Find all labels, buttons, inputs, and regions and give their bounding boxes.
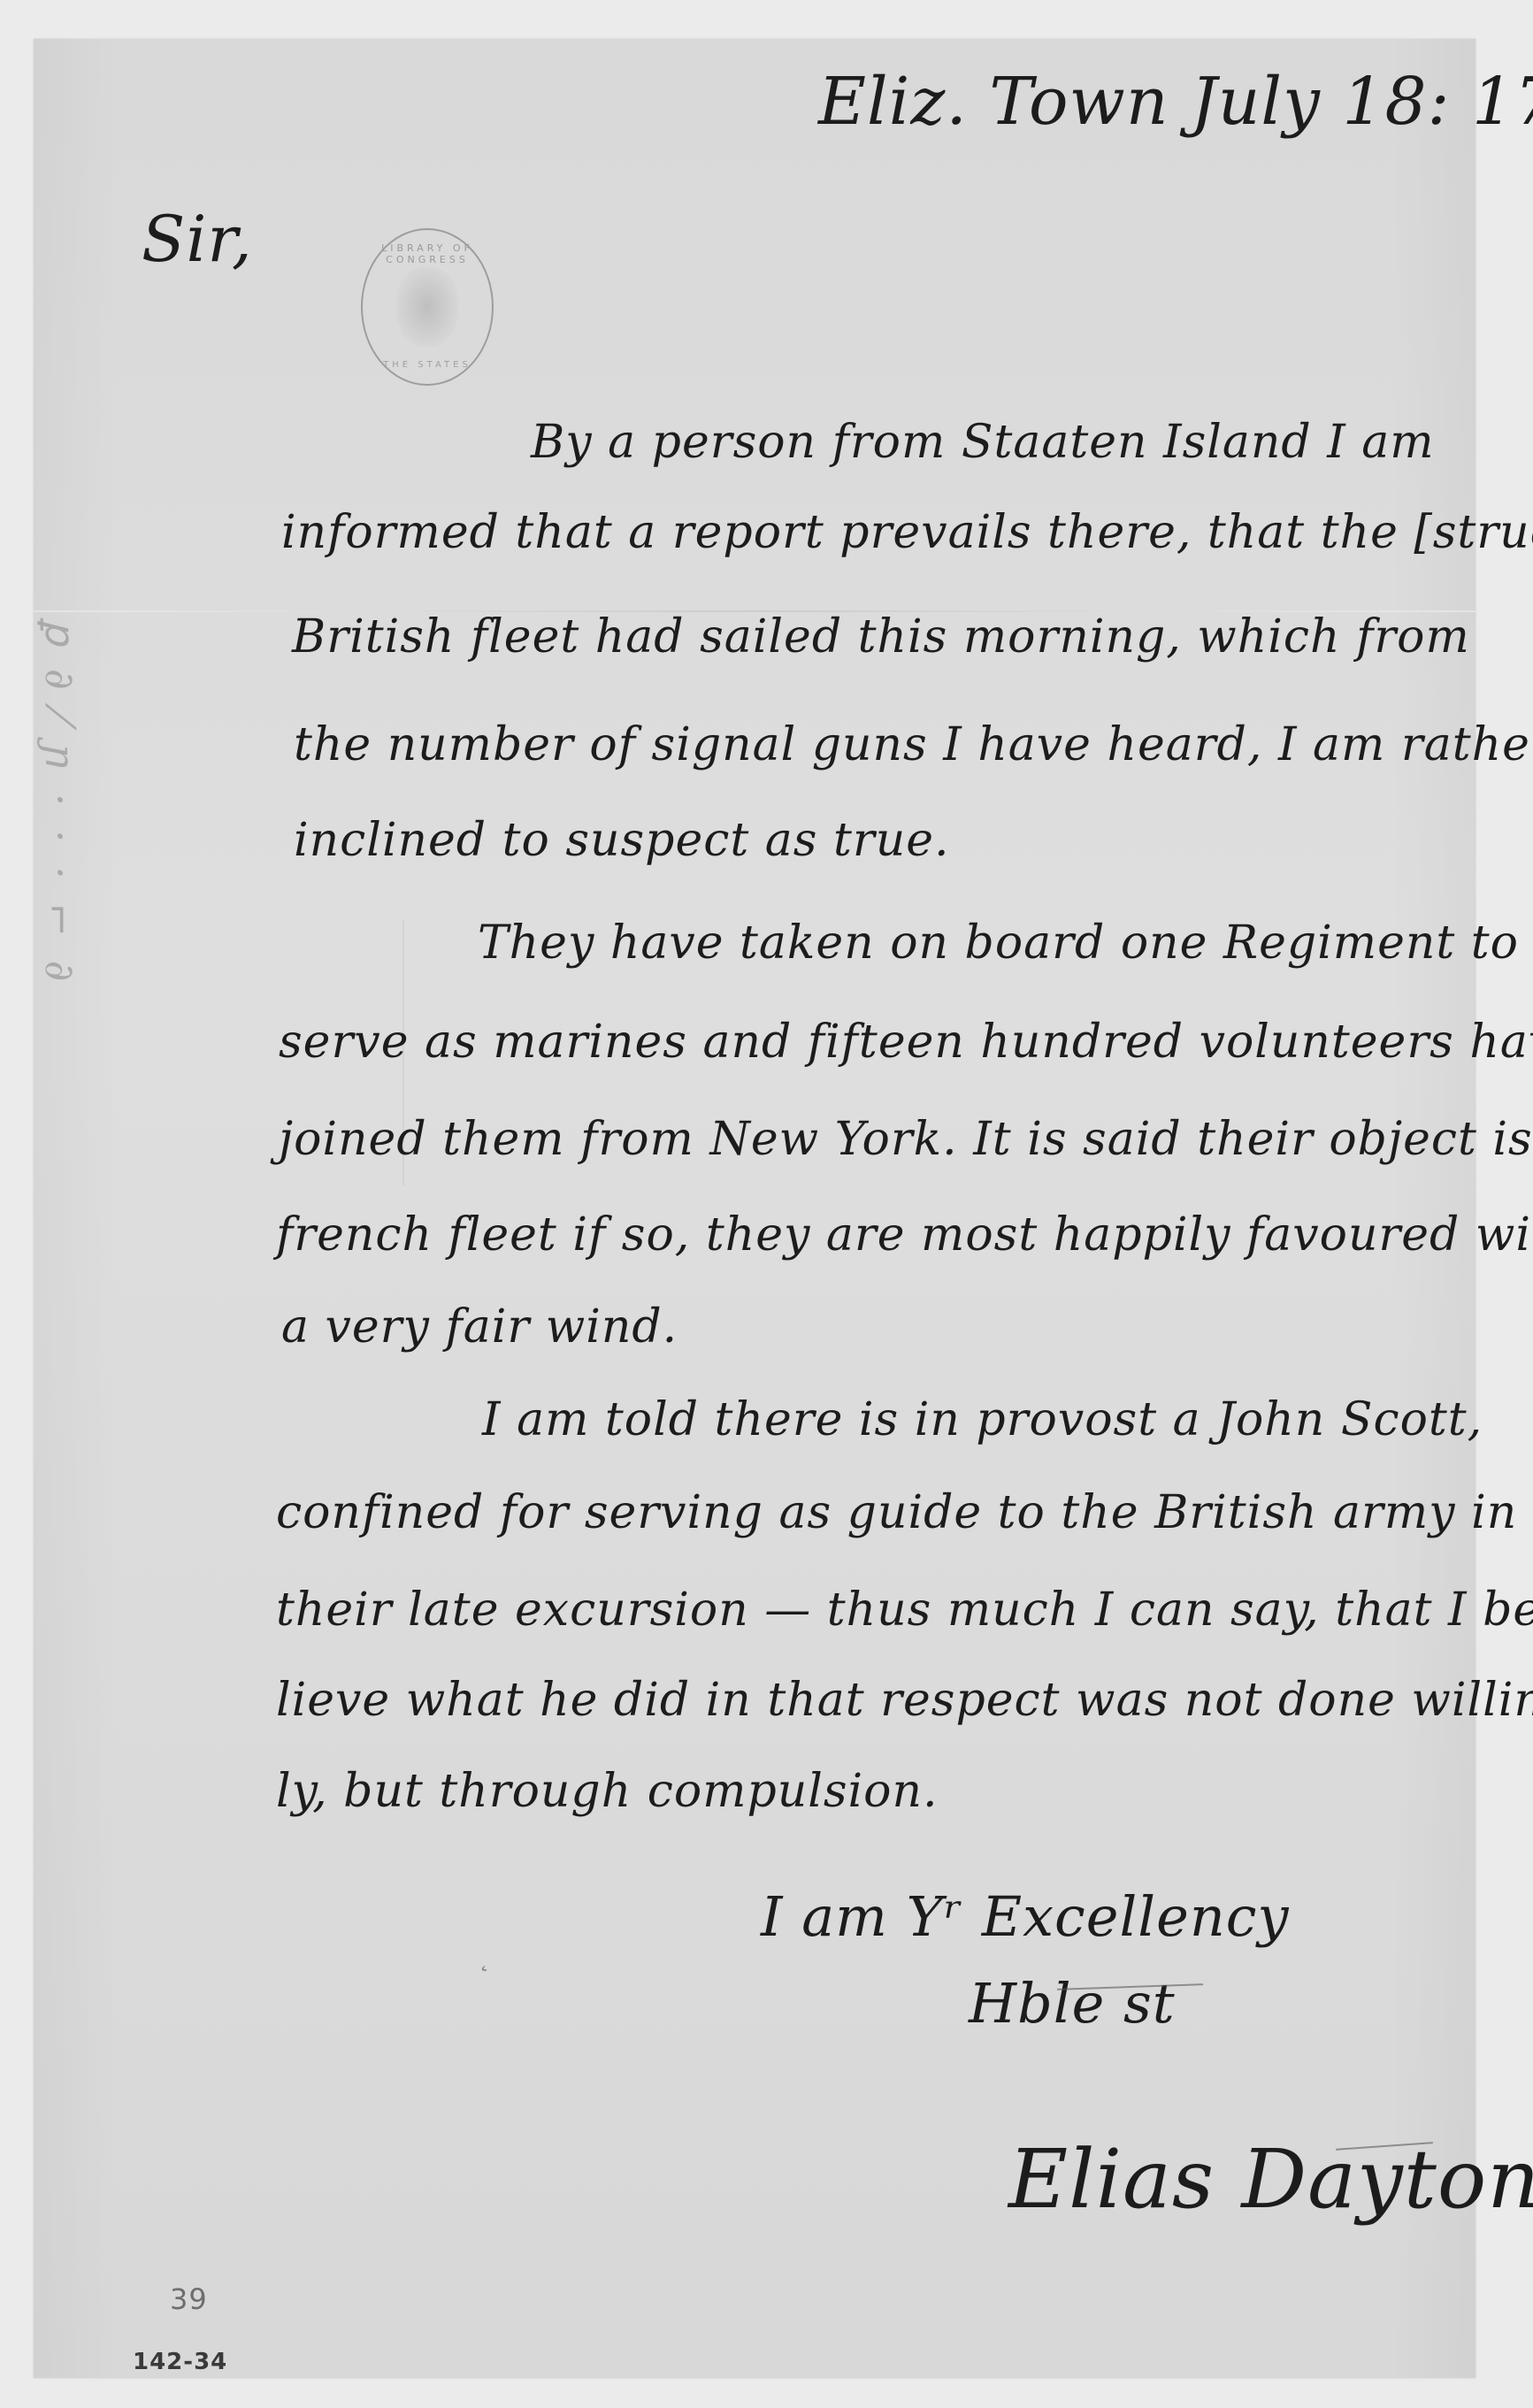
paragraph-1-line-1: By a person from Staaten Island I am bbox=[531, 416, 1435, 469]
paragraph-1-line-4: the number of signal guns I have heard, … bbox=[294, 718, 1533, 771]
paragraph-1-line-2: informed that a report prevails there, t… bbox=[281, 506, 1533, 559]
stamp-top-text: LIBRARY OF CONGRESS bbox=[363, 242, 492, 265]
stray-ink-mark: ˛ bbox=[478, 1942, 492, 1973]
archive-number: 142-34 bbox=[133, 2349, 227, 2375]
paragraph-3-line-3: their late excursion — thus much I can s… bbox=[276, 1584, 1533, 1637]
stamp-bottom-text: THE STATES bbox=[363, 360, 492, 370]
paragraph-3-line-5: ly, but through compulsion. bbox=[276, 1765, 939, 1818]
paragraph-3-line-1: I am told there is in provost a John Sco… bbox=[482, 1393, 1483, 1446]
paragraph-2-line-4: french fleet if so, they are most happil… bbox=[276, 1208, 1533, 1262]
paragraph-2-line-2: serve as marines and fifteen hundred vol… bbox=[279, 1016, 1533, 1069]
paragraph-1-line-5: inclined to suspect as true. bbox=[294, 814, 950, 867]
closing-line-1: I am Yʳ Excellency bbox=[761, 1884, 1290, 1949]
paragraph-2-line-3: joined them from New York. It is said th… bbox=[279, 1113, 1533, 1166]
paragraph-3-line-2: confined for serving as guide to the Bri… bbox=[276, 1486, 1517, 1539]
salutation: Sir, bbox=[142, 202, 253, 276]
library-stamp: LIBRARY OF CONGRESS THE STATES bbox=[361, 228, 494, 386]
signature: Elias Dayton bbox=[1008, 2132, 1533, 2227]
margin-docket: ꝑ ∂ ⁄ ɲ · · · ⌐ ∂ bbox=[36, 619, 84, 986]
closing-line-2: Hble st bbox=[969, 1971, 1176, 2036]
paragraph-2-line-1: They have taken on board one Regiment to bbox=[478, 916, 1519, 970]
eagle-emblem-icon bbox=[396, 267, 458, 347]
dateline: Eliz. Town July 18: 1780 bbox=[818, 64, 1533, 140]
paragraph-2-line-5: a very fair wind. bbox=[281, 1300, 678, 1354]
paragraph-1-line-3: British fleet had sailed this morning, w… bbox=[292, 610, 1470, 663]
folio-number: 39 bbox=[170, 2282, 208, 2316]
paragraph-3-line-4: lieve what he did in that respect was no… bbox=[276, 1674, 1533, 1727]
